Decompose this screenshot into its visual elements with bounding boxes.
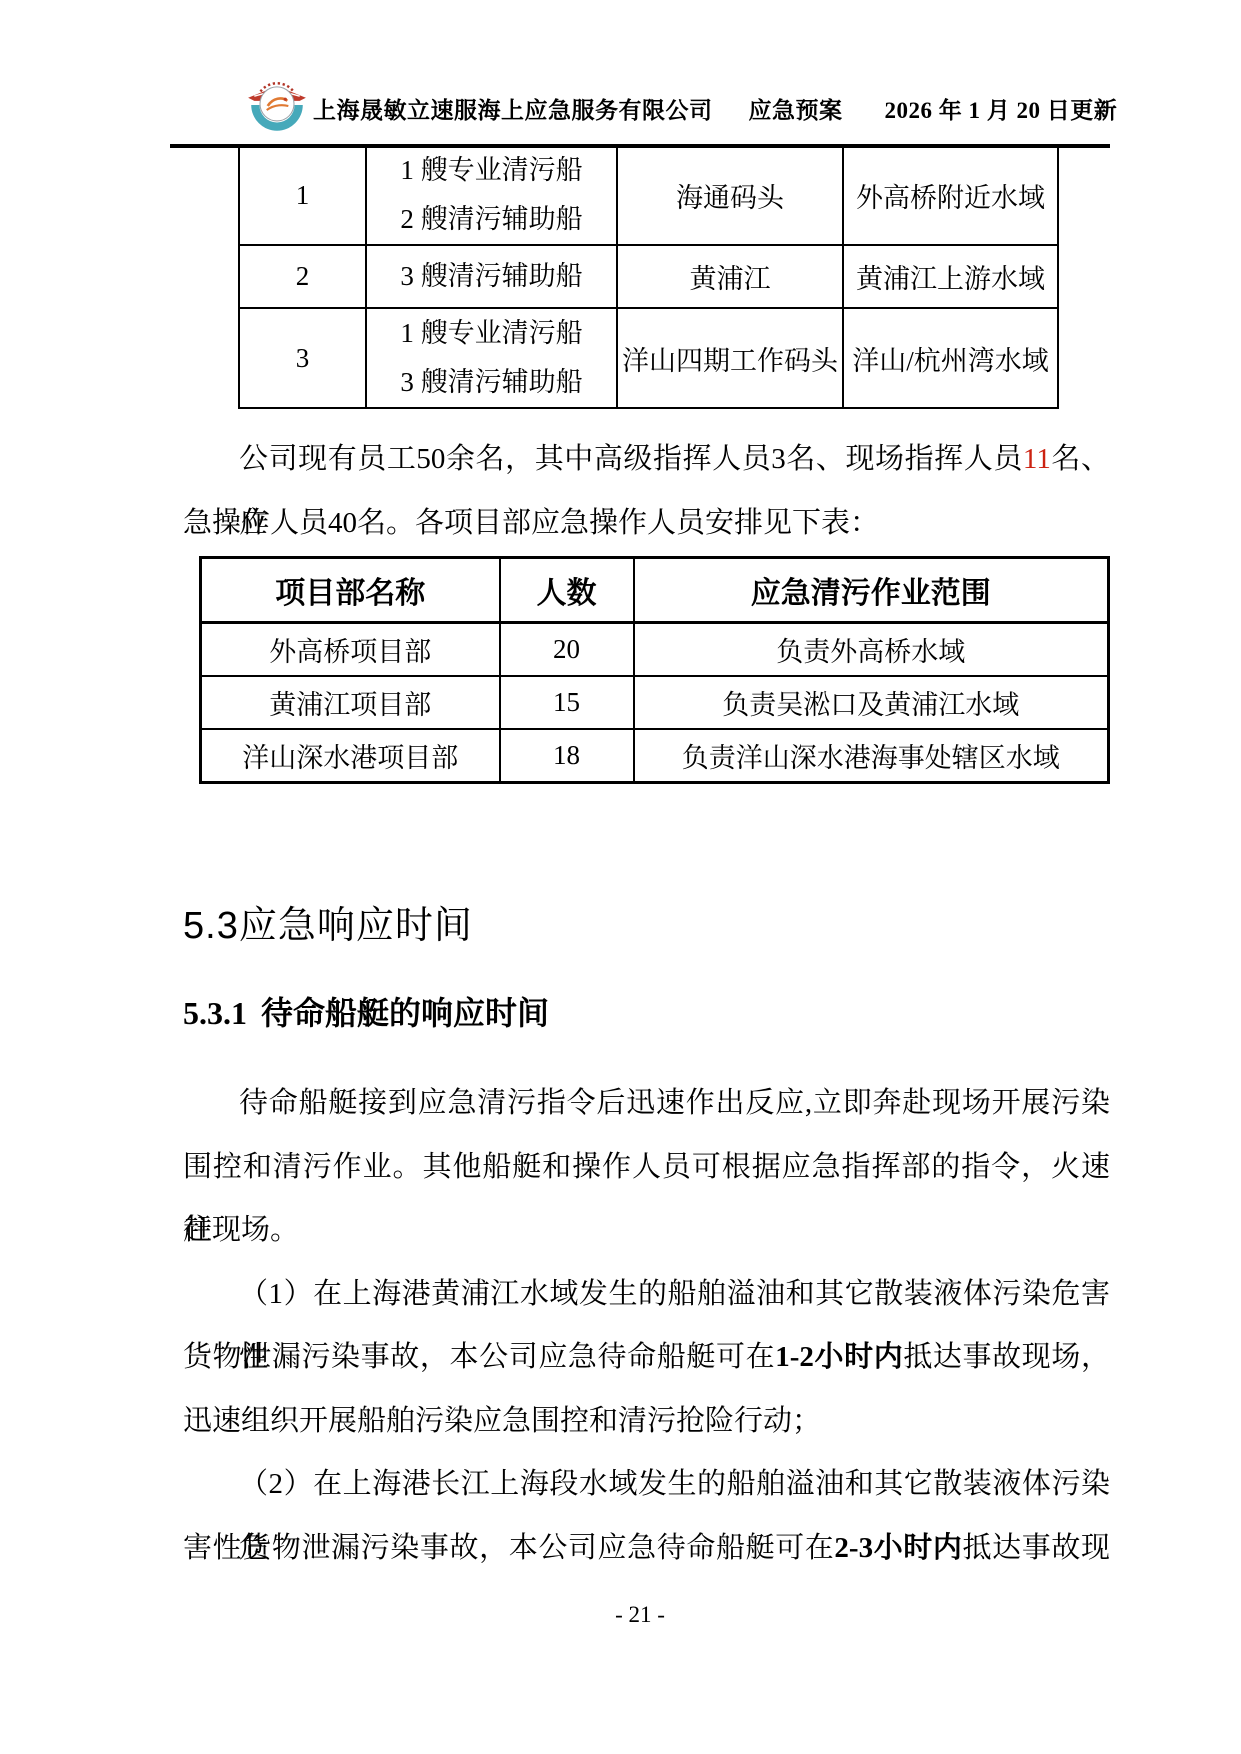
text-line: 货物泄漏污染事故，本公司应急待命船艇可在1-2小时内抵达事故现场， — [183, 1326, 1110, 1390]
vessel-line: 2 艘清污辅助船 — [367, 195, 616, 244]
emphasized-text: 1-2小时内 — [775, 1341, 903, 1373]
header-company-name: 上海晟敏立速服海上应急服务有限公司 — [313, 92, 713, 125]
section-heading-5-3: 5.3应急响应时间 — [183, 894, 473, 949]
company-logo-icon — [246, 74, 308, 140]
text-segment: 货物泄漏污染事故，本公司应急待命船艇可在 — [183, 1341, 775, 1373]
text-line: 待命船艇接到应急清污指令后迅速作出反应,立即奔赴现场开展污染 — [183, 1072, 1110, 1136]
standby-vessel-table: 1 1 艘专业清污船 2 艘清污辅助船 海通码头 外高桥附近水域 2 3 艘清污… — [238, 146, 1059, 409]
count-cell: 15 — [500, 676, 634, 729]
col-header-scope: 应急清污作业范围 — [634, 558, 1109, 623]
page-number: - 21 - — [170, 1602, 1110, 1628]
vessel-line: 3 艘清污辅助船 — [367, 252, 616, 301]
text-segment: 抵达事故现场， — [903, 1341, 1110, 1373]
table-row: 洋山深水港项目部 18 负责洋山深水港海事处辖区水域 — [201, 729, 1109, 783]
col-header-department: 项目部名称 — [201, 558, 500, 623]
text-line: （1）在上海港黄浦江水域发生的船舶溢油和其它散装液体污染危害性 — [183, 1263, 1110, 1327]
water-area-cell: 黄浦江上游水域 — [843, 245, 1058, 308]
count-cell: 18 — [500, 729, 634, 783]
text-segment: 公司现有员工50余名，其中高级指挥人员3名、现场指挥人员 — [239, 443, 1023, 475]
text-line: （2）在上海港长江上海段水域发生的船舶溢油和其它散装液体污染危 — [183, 1453, 1110, 1517]
vessel-line: 1 艘专业清污船 — [367, 309, 616, 358]
dock-cell: 海通码头 — [617, 146, 843, 245]
header-update-date: 2026 年 1 月 20 日更新 — [885, 92, 1118, 125]
scope-cell: 负责洋山深水港海事处辖区水域 — [634, 729, 1109, 783]
row-number-cell: 1 — [239, 146, 366, 245]
water-area-cell: 外高桥附近水域 — [843, 146, 1058, 245]
table-header-row: 项目部名称 人数 应急清污作业范围 — [201, 558, 1109, 623]
text-line: 害性货物泄漏污染事故，本公司应急待命船艇可在2-3小时内抵达事故现 — [183, 1517, 1110, 1581]
text-line: 围控和清污作业。其他船艇和操作人员可根据应急指挥部的指令，火速赶 — [183, 1136, 1110, 1200]
vessels-cell: 3 艘清污辅助船 — [366, 245, 617, 308]
project-department-table: 项目部名称 人数 应急清污作业范围 外高桥项目部 20 负责外高桥水域 黄浦江项… — [199, 556, 1110, 784]
text-line: 急操作人员40名。各项目部应急操作人员安排见下表： — [183, 492, 1110, 556]
dock-cell: 洋山四期工作码头 — [617, 308, 843, 408]
vessel-line: 3 艘清污辅助船 — [367, 358, 616, 407]
table-row: 1 1 艘专业清污船 2 艘清污辅助船 海通码头 外高桥附近水域 — [239, 146, 1058, 245]
heading-number: 5.3.1 — [183, 995, 247, 1031]
text-segment: 待命船艇接到应急清污指令后迅速作出反应,立即奔赴现场开展污染 — [239, 1087, 1110, 1119]
text-segment: 往现场。 — [183, 1214, 299, 1246]
vessel-line: 1 艘专业清污船 — [367, 146, 616, 195]
dock-cell: 黄浦江 — [617, 245, 843, 308]
highlighted-number: 11 — [1023, 443, 1051, 475]
section-heading-5-3-1: 5.3.1待命船艇的响应时间 — [183, 988, 549, 1034]
staff-paragraph: 公司现有员工50余名，其中高级指挥人员3名、现场指挥人员11名、应急操作人员40… — [183, 428, 1110, 555]
count-cell: 20 — [500, 623, 634, 677]
row-number-cell: 2 — [239, 245, 366, 308]
department-cell: 洋山深水港项目部 — [201, 729, 500, 783]
row-number-cell: 3 — [239, 308, 366, 408]
water-area-cell: 洋山/杭州湾水域 — [843, 308, 1058, 408]
response-time-paragraphs: 待命船艇接到应急清污指令后迅速作出反应,立即奔赴现场开展污染围控和清污作业。其他… — [183, 1072, 1110, 1580]
header-doc-label: 应急预案 — [749, 92, 843, 125]
table-row: 外高桥项目部 20 负责外高桥水域 — [201, 623, 1109, 677]
department-cell: 黄浦江项目部 — [201, 676, 500, 729]
vessels-cell: 1 艘专业清污船 2 艘清污辅助船 — [366, 146, 617, 245]
department-cell: 外高桥项目部 — [201, 623, 500, 677]
emphasized-text: 2-3小时内 — [834, 1532, 962, 1564]
text-segment: 抵达事故现 — [963, 1532, 1110, 1564]
text-segment: 害性货物泄漏污染事故，本公司应急待命船艇可在 — [183, 1532, 834, 1564]
scope-cell: 负责外高桥水域 — [634, 623, 1109, 677]
table-row: 3 1 艘专业清污船 3 艘清污辅助船 洋山四期工作码头 洋山/杭州湾水域 — [239, 308, 1058, 408]
document-page: 上海晟敏立速服海上应急服务有限公司 应急预案 2026 年 1 月 20 日更新… — [0, 0, 1241, 1754]
text-line: 公司现有员工50余名，其中高级指挥人员3名、现场指挥人员11名、应 — [183, 428, 1110, 492]
text-line: 往现场。 — [183, 1199, 1110, 1263]
scope-cell: 负责吴淞口及黄浦江水域 — [634, 676, 1109, 729]
page-header: 上海晟敏立速服海上应急服务有限公司 应急预案 2026 年 1 月 20 日更新 — [313, 92, 1053, 125]
text-segment: 迅速组织开展船舶污染应急围控和清污抢险行动； — [183, 1405, 821, 1437]
text-line: 迅速组织开展船舶污染应急围控和清污抢险行动； — [183, 1390, 1110, 1454]
table-row: 2 3 艘清污辅助船 黄浦江 黄浦江上游水域 — [239, 245, 1058, 308]
vessels-cell: 1 艘专业清污船 3 艘清污辅助船 — [366, 308, 617, 408]
col-header-count: 人数 — [500, 558, 634, 623]
text-segment: 急操作人员40名。各项目部应急操作人员安排见下表： — [183, 507, 879, 539]
table-row: 黄浦江项目部 15 负责吴淞口及黄浦江水域 — [201, 676, 1109, 729]
heading-title: 待命船艇的响应时间 — [261, 995, 549, 1031]
